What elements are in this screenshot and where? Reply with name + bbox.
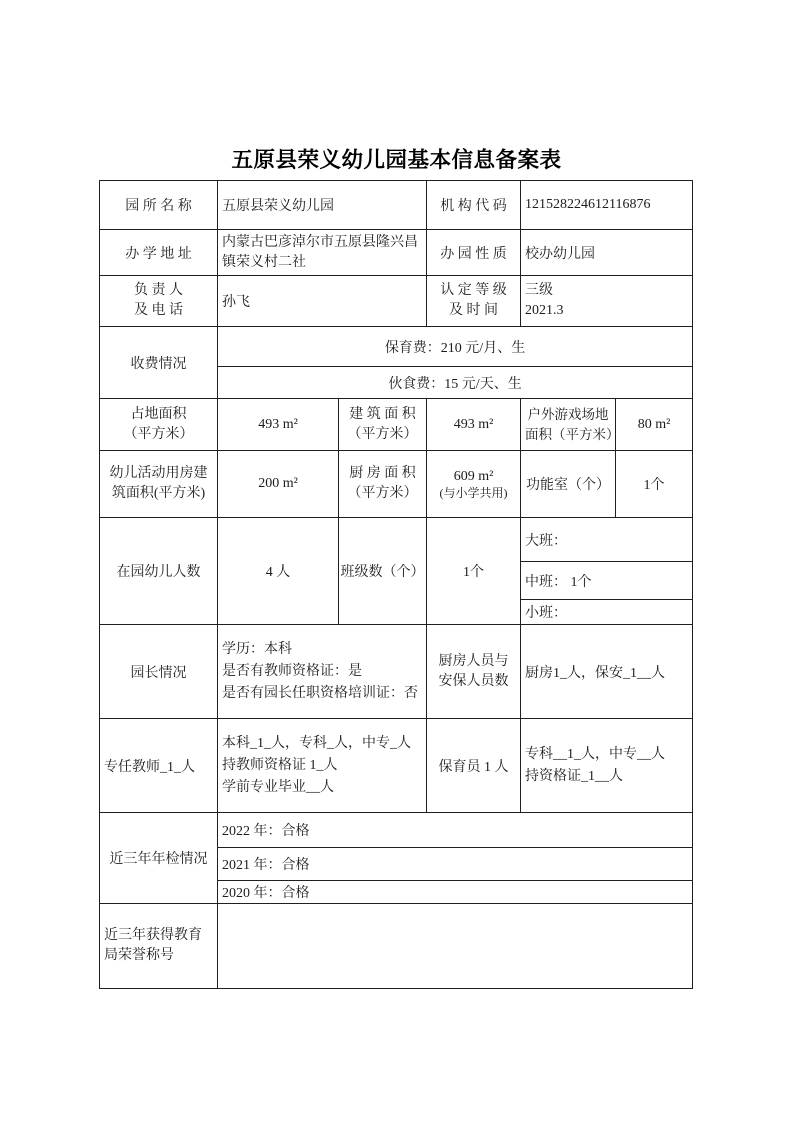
kindergarten-info-table: 园 所 名 称 五原县荣义幼儿园 机 构 代 码 121528224612116… <box>99 180 693 989</box>
fees-label: 收费情况 <box>100 327 218 399</box>
director-label: 园长情况 <box>100 625 218 719</box>
document-page: 五原县荣义幼儿园基本信息备案表 园 所 名 称 五原县荣义幼儿园 机 构 代 码… <box>0 0 793 1122</box>
honors-label: 近三年获得教育 局荣誉称号 <box>100 904 218 989</box>
land-area-value: 493 m² <box>218 399 339 451</box>
caregiver-label: 保育员 1 人 <box>427 719 521 813</box>
class-count-label: 班级数（个） <box>339 518 427 625</box>
inspection-label: 近三年年检情况 <box>100 813 218 904</box>
teachers-label: 专任教师_1_人 <box>100 719 218 813</box>
function-room-label: 功能室（个） <box>521 451 616 518</box>
principal-label: 负 责 人 及 电 话 <box>100 276 218 327</box>
nature-label: 办 园 性 质 <box>427 230 521 276</box>
grade-value: 三级 2021.3 <box>521 276 693 327</box>
function-room-value: 1个 <box>616 451 693 518</box>
kindergarten-name-value: 五原县荣义幼儿园 <box>218 181 427 230</box>
nature-value: 校办幼儿园 <box>521 230 693 276</box>
building-area-label: 建 筑 面 积 （平方米） <box>339 399 427 451</box>
kitchen-area-label: 厨 房 面 积 （平方米） <box>339 451 427 518</box>
org-code-label: 机 构 代 码 <box>427 181 521 230</box>
class-senior-value: 大班： <box>521 518 693 562</box>
inspection-2022-value: 2022 年：合格 <box>218 813 693 848</box>
enrollment-label: 在园幼儿人数 <box>100 518 218 625</box>
kitchen-security-value: 厨房1_人，保安_1__人 <box>521 625 693 719</box>
activity-area-label: 幼儿活动用房建 筑面积(平方米) <box>100 451 218 518</box>
land-area-label: 占地面积 （平方米） <box>100 399 218 451</box>
teachers-details: 本科_1_人，专科_人，中专_人 持教师资格证 1_人 学前专业毕业__人 <box>218 719 427 813</box>
kindergarten-name-label: 园 所 名 称 <box>100 181 218 230</box>
caregiver-value: 专科__1_人，中专__人 持资格证_1__人 <box>521 719 693 813</box>
address-label: 办 学 地 址 <box>100 230 218 276</box>
org-code-value: 121528224612116876 <box>521 181 693 230</box>
class-junior-value: 小班： <box>521 600 693 625</box>
class-count-value: 1个 <box>427 518 521 625</box>
page-title: 五原县荣义幼儿园基本信息备案表 <box>0 143 793 174</box>
class-middle-value: 中班： 1个 <box>521 562 693 600</box>
grade-label: 认 定 等 级 及 时 间 <box>427 276 521 327</box>
fee-care-value: 保育费：210 元/月、生 <box>218 327 693 367</box>
activity-area-value: 200 m² <box>218 451 339 518</box>
kitchen-area-value: 609 m² (与小学共用) <box>427 451 521 518</box>
honors-value <box>218 904 693 989</box>
inspection-2021-value: 2021 年：合格 <box>218 848 693 881</box>
outdoor-area-label: 户外游戏场地 面积（平方米） <box>521 399 616 451</box>
director-details: 学历：本科 是否有教师资格证：是 是否有园长任职资格培训证：否 <box>218 625 427 719</box>
building-area-value: 493 m² <box>427 399 521 451</box>
outdoor-area-value: 80 m² <box>616 399 693 451</box>
address-value: 内蒙古巴彦淖尔市五原县隆兴昌 镇荣义村二社 <box>218 230 427 276</box>
enrollment-value: 4 人 <box>218 518 339 625</box>
fee-meal-value: 伙食费：15 元/天、生 <box>218 367 693 399</box>
kitchen-security-label: 厨房人员与 安保人员数 <box>427 625 521 719</box>
inspection-2020-value: 2020 年：合格 <box>218 881 693 904</box>
principal-value: 孙飞 <box>218 276 427 327</box>
